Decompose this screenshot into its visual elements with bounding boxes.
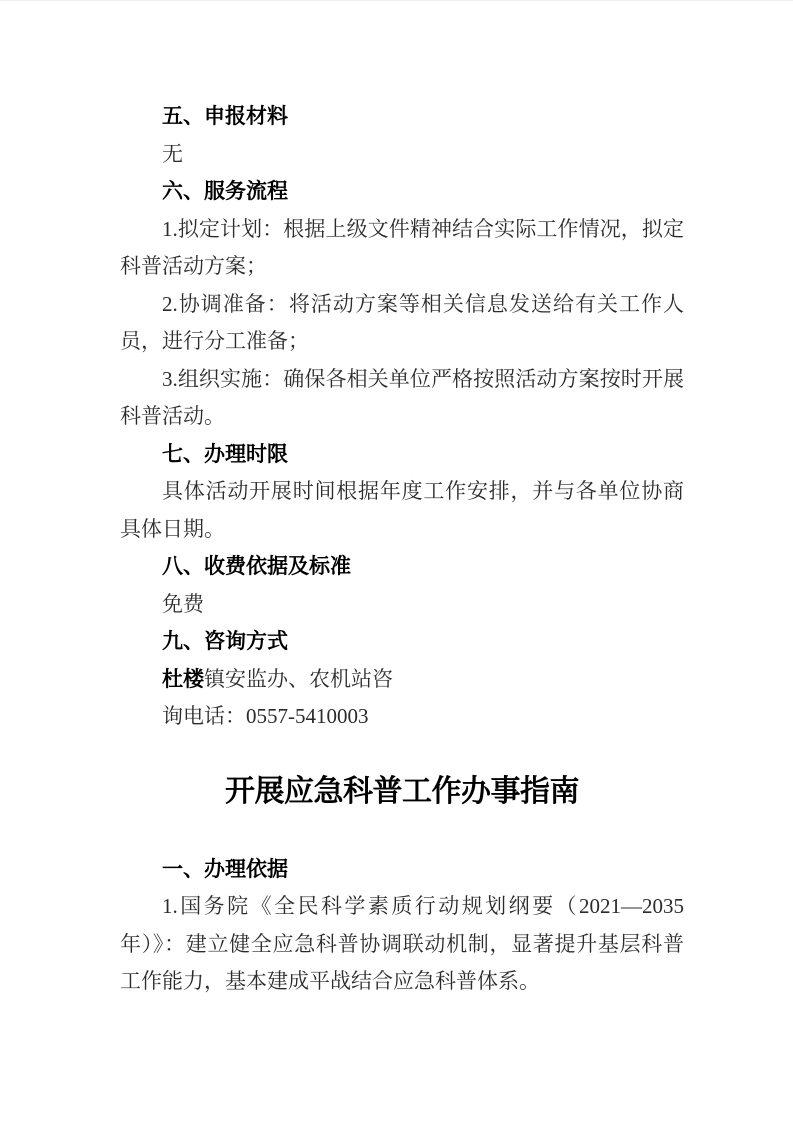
section-heading-time-limit: 七、办理时限	[120, 436, 684, 474]
section-heading-service-process: 六、服务流程	[120, 173, 684, 211]
paragraph-process-step-3: 3.组织实施：确保各相关单位严格按照活动方案按时开展科普活动。	[120, 361, 684, 436]
section-heading-consultation: 九、咨询方式	[120, 623, 684, 661]
contact-phone-line: 询电话：0557-5410003	[162, 698, 684, 736]
document-page: 五、申报材料 无 六、服务流程 1.拟定计划：根据上级文件精神结合实际工作情况，…	[0, 0, 793, 1122]
paragraph-application-materials-none: 无	[120, 136, 684, 174]
paragraph-process-step-1: 1.拟定计划：根据上级文件精神结合实际工作情况，拟定科普活动方案；	[120, 211, 684, 286]
contact-office-line: 杜楼镇安监办、农机站咨	[162, 661, 684, 699]
document-title: 开展应急科普工作办事指南	[120, 766, 684, 818]
section-heading-application-materials: 五、申报材料	[120, 98, 684, 136]
paragraph-fee-free: 免费	[120, 586, 684, 624]
contact-office-name-bold: 杜楼	[162, 668, 204, 691]
paragraph-handling-basis-1: 1.国务院《全民科学素质行动规划纲要（2021—2035年）》：建立健全应急科普…	[120, 888, 684, 1001]
paragraph-process-step-2: 2.协调准备：将活动方案等相关信息发送给有关工作人员，进行分工准备；	[120, 286, 684, 361]
contact-office-name-rest: 镇安监办、农机站咨	[204, 667, 393, 691]
contact-block: 杜楼镇安监办、农机站咨 询电话：0557-5410003	[120, 661, 684, 736]
section-heading-handling-basis: 一、办理依据	[120, 851, 684, 889]
section-heading-fee-basis: 八、收费依据及标准	[120, 548, 684, 586]
paragraph-time-limit: 具体活动开展时间根据年度工作安排，并与各单位协商具体日期。	[120, 473, 684, 548]
